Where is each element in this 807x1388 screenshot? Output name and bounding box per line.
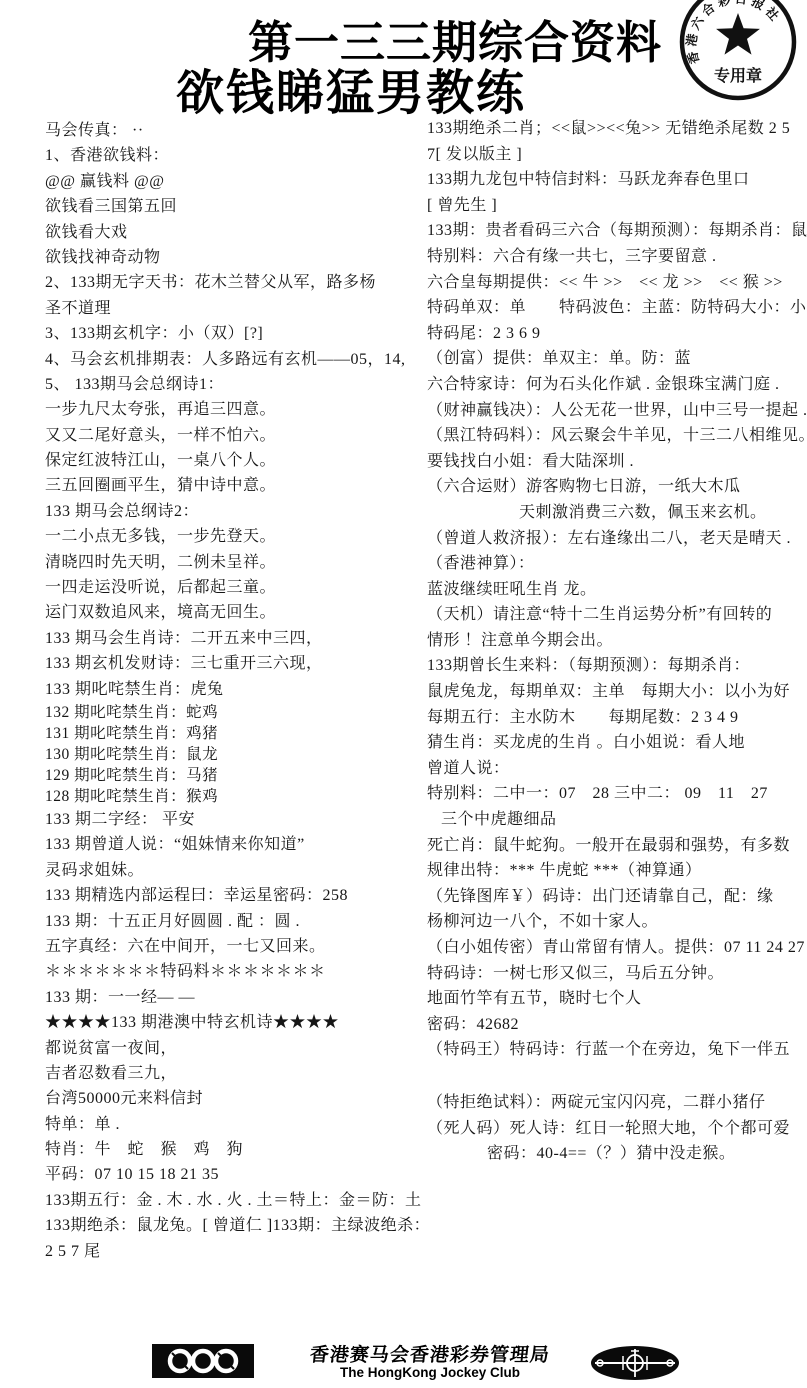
text-line: 133 期马会生肖诗：二开五来中三四， — [45, 626, 425, 651]
text-line: （特码王）特码诗：行蓝一个在旁边，兔下一伴五 — [427, 1037, 805, 1063]
stamp-center-label: 专用章 — [714, 66, 762, 85]
text-line: 131 期叱咤禁生肖：鸡猪 — [45, 723, 425, 744]
text-line: 运门双数追风来，境高无回生。 — [45, 600, 425, 625]
text-line: 密码：40-4==（？）猜中没走猴。 — [427, 1141, 805, 1167]
text-line: 天刺激消费三六数，佩玉来玄机。 — [427, 500, 805, 526]
text-line: 地面竹竿有五节，晓时七个人 — [427, 986, 805, 1012]
text-line: 杨柳河边一八个，不如十家人。 — [427, 909, 805, 935]
text-line: 133期曾长生来料：（每期预测）：每期杀肖： — [427, 653, 805, 679]
text-line: 133 期二字经： 平安 — [45, 807, 425, 832]
text-line: 平码：07 10 15 18 21 35 — [45, 1162, 425, 1187]
text-line: （白小姐传密）青山常留有情人。提供：07 11 24 27 36 — [427, 935, 805, 961]
text-line: 133 期叱咤禁生肖：虎兔 — [45, 677, 425, 702]
text-line: （先锋图库￥）码诗：出门还请靠自己，配：缘 — [427, 884, 805, 910]
text-line: 都说贫富一夜间， — [45, 1036, 425, 1061]
text-line: 蓝波继续旺吼生肖 龙。 — [427, 577, 805, 603]
text-line: 六合特家诗：何为石头化作斌 . 金银珠宝满门庭 . — [427, 372, 805, 398]
text-line: 每期五行：主水防木 每期尾数：2 3 4 9 — [427, 705, 805, 731]
text-line: 特码单双：单 特码波色：主蓝：防特码大小：小 — [427, 295, 805, 321]
footer-org-chinese: 香港赛马会香港彩券管理局 — [279, 1340, 582, 1367]
text-line: 规律出特：*** 牛虎蛇 ***（神算通） — [427, 858, 805, 884]
text-line: 台湾50000元来料信封 — [45, 1086, 425, 1111]
text-line: 欲钱看三国第五回 — [45, 194, 425, 219]
text-line: 特单：单 . — [45, 1112, 425, 1137]
text-line: （天机）请注意“特十二生肖运势分析”有回转的 — [427, 602, 805, 628]
text-line: 又又二尾好意头，一样不怕六。 — [45, 423, 425, 448]
text-line: 马会传真： ·· — [45, 118, 425, 143]
text-line: 三个中虎趣细品 — [427, 807, 805, 833]
text-line: 133 期马会总纲诗2： — [45, 499, 425, 524]
text-line: 死亡肖：鼠牛蛇狗。一般开在最弱和强势，有多数 — [427, 833, 805, 859]
text-line: （死人码）死人诗：红日一轮照大地，个个都可爱 — [427, 1116, 805, 1142]
text-line: 特别料：六合有缘一共七，三字要留意 . — [427, 244, 805, 270]
text-line: 2 5 7 尾 — [45, 1239, 425, 1264]
text-line: 一四走运没听说，后都起三童。 — [45, 575, 425, 600]
text-line: （财神赢钱决）：人公无花一世界，山中三号一提起 . — [427, 398, 805, 424]
jockey-club-rings-logo — [152, 1344, 254, 1378]
text-line: 133期五行：金 . 木 . 水 . 火 . 土＝特上：金＝防：土 — [45, 1188, 425, 1213]
text-line: 保定红波特江山，一桌八个人。 — [45, 448, 425, 473]
text-line: 1、香港欲钱料： — [45, 143, 425, 168]
text-line: 情形 ！注意单今期会出。 — [427, 628, 805, 654]
page-subtitle: 欲钱睇猛男教练 — [176, 54, 526, 123]
text-line: 五字真经：六在中间开，一七又回来。 — [45, 934, 425, 959]
text-line: （特拒绝试料）：两碇元宝闪闪亮，二群小猪仔 — [427, 1090, 805, 1116]
text-line: 3、133期玄机字：小（双）[?] — [45, 321, 425, 346]
text-line: 特肖：牛 蛇 猴 鸡 狗 — [45, 1137, 425, 1162]
text-line: 吉者忍数看三九， — [45, 1061, 425, 1086]
text-line: 133 期：一一经— — — [45, 985, 425, 1010]
text-line: 133期：贵者看码三六合（每期预测）：每期杀肖：鼠 兔 — [427, 218, 805, 244]
text-line: 7[ 发以版主 ] — [427, 142, 805, 168]
text-line: （黑江特码料）：风云聚会牛羊见，十三二八相维见。 — [427, 423, 805, 449]
text-line: （香港神算）： — [427, 551, 805, 577]
text-line: 要钱找白小姐：看大陆深圳 . — [427, 449, 805, 475]
footer: 香港赛马会香港彩券管理局 The HongKong Jockey Club — [0, 1338, 807, 1388]
text-line: 鼠虎兔龙，每期单双：主单 每期大小：以小为好 — [427, 679, 805, 705]
text-line: 清晓四时先天明，二例未呈祥。 — [45, 550, 425, 575]
text-line: 2、133期无字天书：花木兰替父从军，路多杨 — [45, 270, 425, 295]
right-column: 133期绝杀二肖；<<鼠>><<兔>> 无错绝杀尾数 2 57[ 发以版主 ]1… — [427, 116, 805, 1167]
text-line: 133 期：十五正月好圆圆 . 配 ：圆 . — [45, 909, 425, 934]
text-line: 133 期曾道人说：“姐妹情来你知道” — [45, 832, 425, 857]
text-line: 密码：42682 — [427, 1012, 805, 1038]
text-line: 133 期玄机发财诗：三七重开三六现， — [45, 651, 425, 676]
text-line: 133期九龙包中特信封料：马跃龙奔春色里口 — [427, 167, 805, 193]
text-line: 特别料：二中一：07 28 三中二： 09 11 27 — [427, 781, 805, 807]
text-line: 圣不道理 — [45, 296, 425, 321]
text-line: [ 曾先生 ] — [427, 193, 805, 219]
text-line: 六合皇每期提供：<< 牛 >> << 龙 >> << 猴 >> — [427, 270, 805, 296]
text-line: （六合运财）游客购物七日游，一纸大木瓜 — [427, 474, 805, 500]
text-line: 曾道人说： — [427, 756, 805, 782]
newspaper-stamp-seal: 香港六合彩日报社 专用章 — [650, 0, 807, 112]
text-line: ★★★★133 期港澳中特玄机诗★★★★ — [45, 1010, 425, 1035]
text-line: 4、马会玄机排期表：人多路远有玄机——05，14, — [45, 347, 425, 372]
text-line: 133期绝杀二肖；<<鼠>><<兔>> 无错绝杀尾数 2 5 — [427, 116, 805, 142]
text-line: 5、 133期马会总纲诗1： — [45, 372, 425, 397]
text-line: 133 期精选内部运程曰：幸运星密码：258 — [45, 883, 425, 908]
text-line: 欲钱找神奇动物 — [45, 245, 425, 270]
footer-org-english: The HongKong Jockey Club — [280, 1365, 580, 1380]
text-line: @@ 赢钱料 @@ — [45, 169, 425, 194]
text-line: 一步九尺太夸张，再追三四意。 — [45, 397, 425, 422]
star-icon — [716, 13, 760, 55]
text-line: 三五回圈画平生，猜中诗中意。 — [45, 473, 425, 498]
text-line: （曾道人救济报）：左右逢缘出二八，老天是晴天 . — [427, 526, 805, 552]
text-line: 128 期叱咤禁生肖：猴鸡 — [45, 786, 425, 807]
text-line: ＊＊＊＊＊＊＊特码料＊＊＊＊＊＊＊ — [45, 959, 425, 984]
text-line: 132 期叱咤禁生肖：蛇鸡 — [45, 702, 425, 723]
text-line: 特码诗：一树七形又似三，马后五分钟。 — [427, 961, 805, 987]
text-line: 133期绝杀：鼠龙兔。[ 曾道仁 ]133期：主绿波绝杀： — [45, 1213, 425, 1238]
text-line: 猜生肖：买龙虎的生肖 。白小姐说：看人地 — [427, 730, 805, 756]
oval-seal-logo — [590, 1344, 680, 1382]
text-line: （创富）提供：单双主：单。防：蓝 — [427, 346, 805, 372]
scanned-lottery-sheet: 第一三三期综合资料 欲钱睇猛男教练 香港六合彩日报社 专用章 马会传真： ··1… — [0, 0, 807, 1388]
text-line: 一二小点无多钱，一步先登天。 — [45, 524, 425, 549]
left-column: 马会传真： ··1、香港欲钱料：@@ 赢钱料 @@欲钱看三国第五回欲钱看大戏欲钱… — [45, 118, 425, 1264]
text-line: 129 期叱咤禁生肖：马猪 — [45, 765, 425, 786]
footer-organization: 香港赛马会香港彩券管理局 The HongKong Jockey Club — [280, 1340, 580, 1380]
text-line: 130 期叱咤禁生肖：鼠龙 — [45, 744, 425, 765]
text-line: 特码尾：2 3 6 9 — [427, 321, 805, 347]
text-line: 欲钱看大戏 — [45, 220, 425, 245]
text-line: 灵码求姐妹。 — [45, 858, 425, 883]
